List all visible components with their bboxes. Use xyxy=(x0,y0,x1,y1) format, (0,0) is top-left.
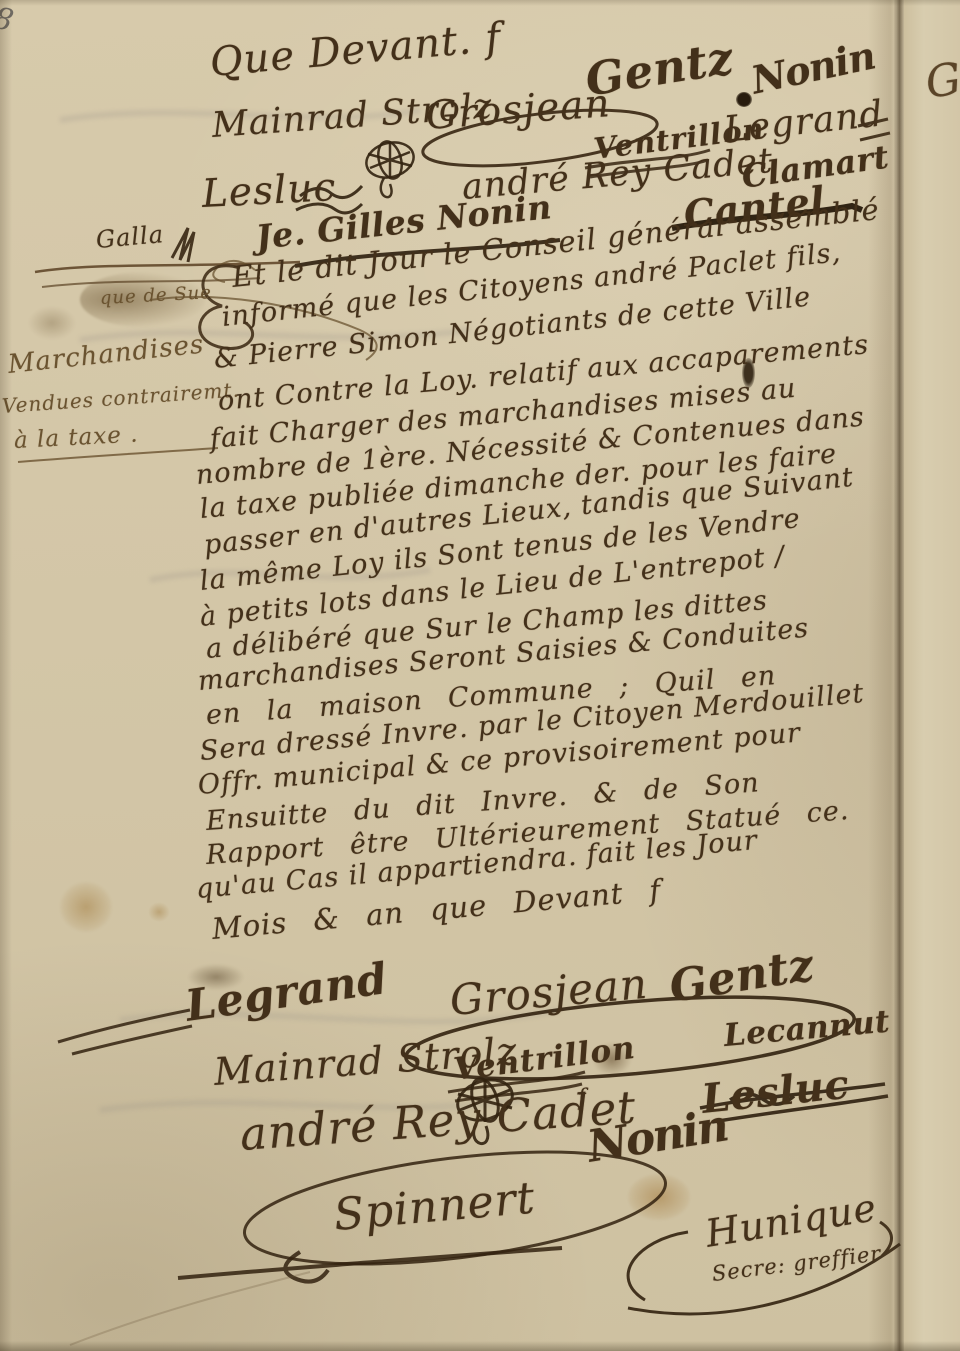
closing-line-top: Que Devant. f xyxy=(208,15,503,86)
signature-gentz-bottom: Gentz xyxy=(666,940,818,1013)
foxing-spot xyxy=(60,882,112,932)
ink-smudge xyxy=(28,306,76,340)
foxing-spot xyxy=(628,1174,690,1220)
top-edge-shadow xyxy=(0,0,960,6)
signature-lecannut-bottom: Lecannut xyxy=(722,1004,891,1054)
signature-lesluc-top: Lesluc xyxy=(201,165,338,217)
signature-spinnert-bottom: Spinnert xyxy=(332,1173,537,1241)
signature-paraph xyxy=(172,228,194,262)
bottom-edge-shadow xyxy=(0,1341,960,1351)
signature-andre-rey-cadet-bottom: andré Rey Cadet xyxy=(238,1080,638,1161)
signature-galla-top: Galla xyxy=(95,220,165,254)
foxing-spot xyxy=(148,902,170,922)
left-edge-shadow xyxy=(0,0,12,1351)
next-page-text-fragment: G xyxy=(922,53,960,109)
signature-nonin-top: Nonin xyxy=(747,33,878,103)
paper-crease xyxy=(70,1272,310,1345)
signature-grosjean-bottom: Grosjean xyxy=(448,959,650,1025)
page-edge-line xyxy=(894,0,904,1351)
next-page-sliver xyxy=(904,0,960,1351)
signature-lesluc-bottom: Lesluc xyxy=(700,1061,852,1123)
margin-note-line: à la taxe . xyxy=(13,421,139,453)
margin-note-line: Marchandises xyxy=(6,329,205,379)
signature-legrand-bottom: Legrand xyxy=(183,954,391,1032)
ink-blot xyxy=(736,92,752,107)
signature-underline xyxy=(178,1248,562,1282)
globe-paraph xyxy=(362,137,417,197)
manuscript-page: 8 Que Devant. f Gentz Nonin Mainrad Stro… xyxy=(0,0,960,1351)
page-number: 8 xyxy=(0,1,18,40)
margin-note-line: Vendues contrairemt. xyxy=(1,377,240,418)
signature-dash xyxy=(58,1010,192,1054)
side-scribble: que de Sue xyxy=(99,282,212,309)
